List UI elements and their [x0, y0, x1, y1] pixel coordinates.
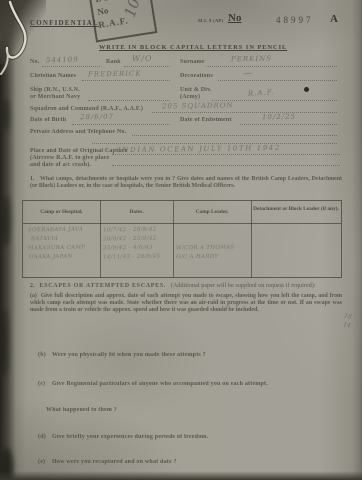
question-e-text: How were you recaptured and on what date… [52, 459, 177, 465]
question-2a-tag: (a) [30, 293, 37, 299]
field-rule [206, 66, 337, 67]
field-rule [240, 124, 337, 125]
stamp-raf-line: R.A.F. [98, 15, 130, 30]
dates-cell: 25/9/42 - 4/6/43 [103, 245, 153, 252]
field-label-surname: Surname [180, 59, 205, 65]
service-number-value: 544109 [46, 56, 79, 64]
serial-number: 48997 [276, 15, 314, 25]
field-label-christian-names: Christian Names [30, 73, 76, 79]
margin-pencil-mark: 14 [343, 322, 352, 330]
binding-shadow-blob [2, 98, 9, 132]
field-rule [82, 80, 170, 81]
decorations-value: — [243, 69, 254, 80]
field-rule [132, 135, 337, 136]
field-label-rank: Rank [106, 59, 121, 65]
question-c-sub: What happened to them ? [46, 407, 117, 413]
scan-bottom-shadow [0, 471, 362, 480]
surname-value: PERKINS [231, 55, 272, 64]
question-1-number: 1. [30, 176, 34, 182]
binding-shadow-blob [1, 195, 10, 247]
question-1-text: What camps, detachments or hospitals wer… [30, 176, 342, 189]
series-letter: A [330, 13, 338, 25]
question-1: 1. What camps, detachments or hospitals … [30, 176, 342, 190]
section-2-number: 2. [30, 283, 35, 289]
enlistment-value: 10/2/25 [262, 113, 296, 121]
field-rule [112, 154, 340, 155]
field-rule [124, 66, 170, 67]
question-b-tag: (b) [38, 352, 46, 358]
dates-cell: 14/11/43 - 28/8/45 [103, 254, 161, 261]
capture-value: INDIAN OCEAN JULY 10TH 1942 [118, 144, 281, 154]
table-header-dates: Dates. [100, 209, 173, 215]
fill-in-instruction: WRITE IN BLOCK CAPITAL LETTERS IN PENCIL [99, 44, 287, 51]
field-rule [88, 100, 170, 101]
field-rule [112, 165, 340, 166]
stamp-date-line: DEC [95, 0, 121, 4]
camp-cell: OSAKA JAPAN [29, 254, 73, 261]
question-d-tag: (d) [38, 434, 46, 440]
field-label-unit-div-1: Unit & Div. [180, 87, 212, 93]
question-c-text: Give Regimental particulars of anyone wh… [52, 381, 268, 387]
field-label-enlistment: Date of Enlistment [180, 117, 232, 123]
binding-shadow-blob [0, 308, 8, 378]
field-label-dob: Date of Birth [30, 117, 66, 123]
margin-pencil-mark: 18 [343, 312, 352, 320]
leader-cell: W/CDR A THOMAS [176, 245, 235, 252]
question-2a-text: Give full description and approx. date o… [30, 293, 342, 313]
field-label-unit-div-2: (Army) [180, 94, 200, 100]
dob-value: 28/6/07 [80, 113, 114, 121]
question-b-text: Were you physically fit when you made th… [52, 352, 206, 358]
question-c-tag: (c) [38, 381, 45, 387]
field-rule [218, 80, 337, 81]
table-header-leader: Camp Leader. [173, 209, 251, 215]
dates-cell: 28/8/42 - 25/9/42 [103, 236, 157, 243]
table-column-divider [251, 201, 252, 277]
question-d-text: Give briefly your experiences during per… [52, 434, 208, 440]
form-reference: M.I. 9 (AP) [198, 18, 224, 23]
capture-label-3: and date of a/c crash). [30, 162, 91, 168]
field-rule [42, 66, 100, 67]
treasury-tag-string [0, 0, 46, 84]
pow-questionnaire-page: CONFIDENTIAL DEC No R.A.F. 104 M.I. 9 (A… [0, 0, 362, 480]
unit-div-value: R.A.F. [248, 88, 275, 98]
camps-table: Camp or Hospital. Dates. Camp Leader. De… [22, 200, 342, 278]
squadron-value: 205 SQUADRON [162, 102, 234, 111]
receipt-stamp: DEC No R.A.F. 104 [89, 0, 158, 43]
rank-value: W/O [132, 54, 153, 63]
section-2-heading: 2. ESCAPES OR ATTEMPTED ESCAPES. (Additi… [30, 283, 316, 289]
field-rule [152, 112, 337, 113]
section-2-note: (Additional paper will be supplied on re… [171, 283, 316, 289]
field-label-ship-2: or Merchant Navy [30, 94, 80, 100]
field-label-address: Private Address and Telephone No. [30, 129, 126, 135]
leader-cell: G/C A HARDY [176, 254, 219, 261]
camp-cell: BATAVIA [31, 236, 58, 242]
classification-banner: CONFIDENTIAL [30, 19, 99, 27]
field-label-decorations: Decorations [180, 73, 213, 79]
camp-cell: MAKASURA CAMP [28, 245, 85, 252]
table-header-detachment: Detachment or Block Leader (if any). [253, 206, 339, 212]
dates-cell: 10/7/42 - 28/8/42 [103, 227, 157, 234]
question-2a: (a) Give full description and approx. da… [30, 293, 342, 314]
christian-names-value: FREDERICK [88, 70, 142, 79]
field-label-ship-1: Ship (R.N., U.S.N. [30, 87, 80, 93]
table-header-camp: Camp or Hospital. [23, 209, 100, 215]
numero-symbol: No [228, 12, 241, 24]
field-rule [72, 124, 170, 125]
table-header-divider [23, 223, 341, 224]
ink-spot [304, 87, 309, 92]
capture-label-2: (Aircrew R.A.F. to give place [30, 155, 110, 161]
section-2-title: ESCAPES OR ATTEMPTED ESCAPES. [40, 283, 167, 289]
question-e-tag: (e) [38, 459, 45, 465]
field-label-squadron: Squadron and Command (R.A.F., A.A.F.) [30, 106, 143, 112]
field-label-no: No. [30, 59, 39, 65]
camp-cell: SOERABAYA JAVA [28, 227, 83, 234]
stamp-no-line: No [97, 5, 109, 17]
